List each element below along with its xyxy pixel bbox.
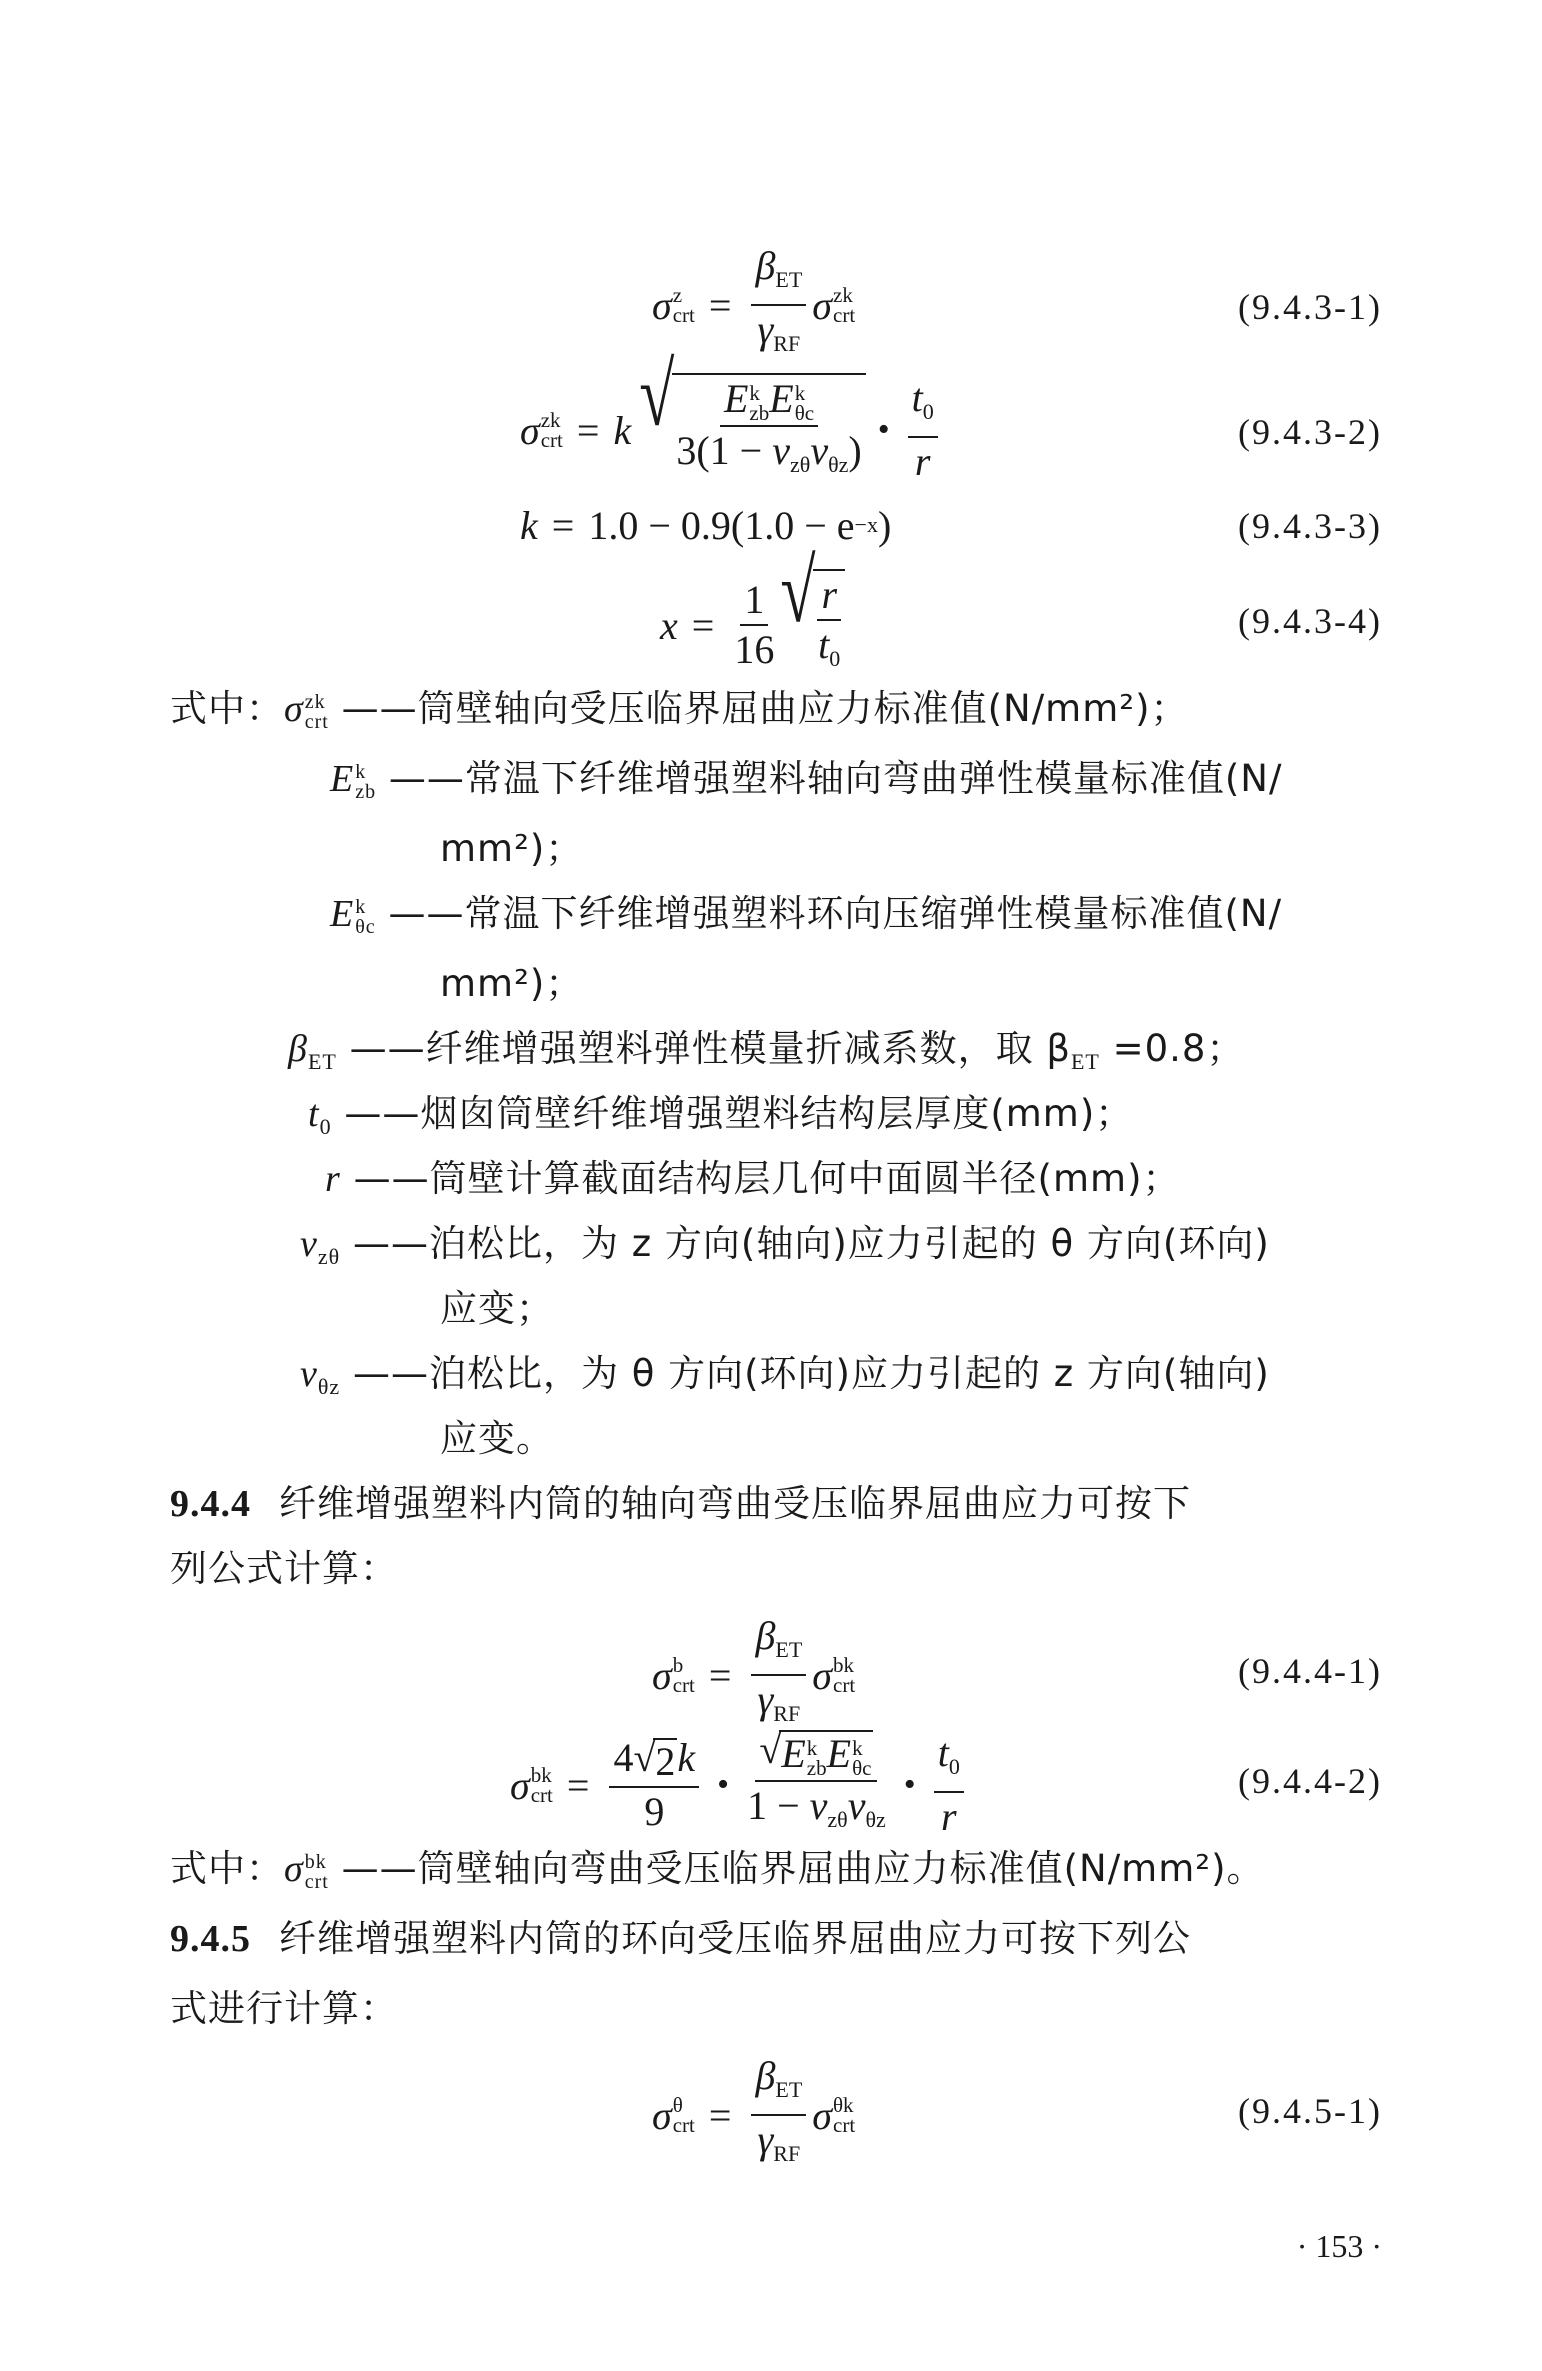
definition-text: ——筒壁轴向弯曲受压临界屈曲应力标准值(N/mm²)。 bbox=[342, 1847, 1265, 1890]
section-text: 纤维增强塑料内筒的环向受压临界屈曲应力可按下列公 bbox=[279, 1917, 1191, 1960]
equation-body: σbkcrt = 4√2k9 • √EkzbEkθc1 − νzθνθz • t… bbox=[510, 1730, 970, 1840]
section-9-4-5-line2: 式进行计算： bbox=[170, 1985, 398, 2033]
definition-ezb-cont: mm²)； bbox=[440, 825, 583, 873]
equation-body: σbcrt = βETγRF σbkcrt bbox=[652, 1620, 855, 1730]
definition-text: ——泊松比，为 θ 方向(环向)应力引起的 z 方向(轴向) bbox=[353, 1352, 1270, 1395]
equation-number: (9.4.4-2) bbox=[1238, 1760, 1382, 1802]
definition-beta-et: βET ——纤维增强塑料弹性模量折减系数，取 βET =0.8； bbox=[288, 1025, 1244, 1086]
equation-number: (9.4.3-4) bbox=[1238, 600, 1382, 642]
definition-tail: =0.8； bbox=[1100, 1027, 1245, 1070]
where-label: 式中： bbox=[170, 1847, 284, 1890]
definition-text: ——烟囱筒壁纤维增强塑料结构层厚度(mm)； bbox=[344, 1092, 1133, 1135]
section-number: 9.4.5 bbox=[170, 1918, 251, 1960]
section-9-4-4-line1: 9.4.4纤维增强塑料内筒的轴向弯曲受压临界屈曲应力可按下 bbox=[170, 1480, 1191, 1528]
equation-number: (9.4.3-1) bbox=[1238, 286, 1382, 328]
equation-number: (9.4.3-2) bbox=[1238, 411, 1382, 453]
definition-nu-ztheta: νzθ ——泊松比，为 z 方向(轴向)应力引起的 θ 方向(环向) bbox=[300, 1220, 1270, 1281]
equation-body: k=1.0 − 0.9(1.0 − e−x) bbox=[520, 495, 891, 555]
definition-etc-cont: mm²)； bbox=[440, 960, 583, 1008]
equation-body: σθcrt = βETγRF σθkcrt bbox=[652, 2060, 855, 2170]
page-number: · 153 · bbox=[1297, 2228, 1382, 2265]
section-9-4-5-line1: 9.4.5纤维增强塑料内筒的环向受压临界屈曲应力可按下列公 bbox=[170, 1915, 1191, 1963]
definition-sigma-zk: 式中：σzkcrt ——筒壁轴向受压临界屈曲应力标准值(N/mm²)； bbox=[170, 685, 1189, 733]
where-label: 式中： bbox=[170, 687, 284, 730]
equation-body: σzkcrt =k √ EkzbEkθc3(1 − νzθνθz) • t0r bbox=[520, 375, 944, 485]
definition-text: ——筒壁轴向受压临界屈曲应力标准值(N/mm²)； bbox=[342, 687, 1189, 730]
section-text: 纤维增强塑料内筒的轴向弯曲受压临界屈曲应力可按下 bbox=[279, 1482, 1191, 1525]
equation-body: x= 116 √rt0 bbox=[660, 570, 845, 680]
equation-number: (9.4.3-3) bbox=[1238, 505, 1382, 547]
definition-text: ——筒壁计算截面结构层几何中面圆半径(mm)； bbox=[354, 1157, 1181, 1200]
definition-text: ——泊松比，为 z 方向(轴向)应力引起的 θ 方向(环向) bbox=[353, 1222, 1270, 1265]
definition-nu-thetaz-cont: 应变。 bbox=[440, 1415, 554, 1463]
definition-text: ——纤维增强塑料弹性模量折减系数，取 β bbox=[350, 1027, 1071, 1070]
document-page: σzcrt = βETγRF σzkcrt (9.4.3-1) σzkcrt =… bbox=[0, 0, 1542, 2371]
definition-t0: t0 ——烟囱筒壁纤维增强塑料结构层厚度(mm)； bbox=[308, 1090, 1133, 1151]
definition-nu-thetaz: νθz ——泊松比，为 θ 方向(环向)应力引起的 z 方向(轴向) bbox=[300, 1350, 1270, 1411]
definition-text: ——常温下纤维增强塑料环向压缩弹性模量标准值(N/ bbox=[388, 892, 1282, 935]
equation-body: σzcrt = βETγRF σzkcrt bbox=[652, 250, 855, 360]
equation-number: (9.4.4-1) bbox=[1238, 1650, 1382, 1692]
equation-number: (9.4.5-1) bbox=[1238, 2090, 1382, 2132]
section-9-4-4-line2: 列公式计算： bbox=[170, 1545, 398, 1593]
definition-text: ——常温下纤维增强塑料轴向弯曲弹性模量标准值(N/ bbox=[389, 757, 1283, 800]
section-number: 9.4.4 bbox=[170, 1483, 251, 1525]
definition-r: r ——筒壁计算截面结构层几何中面圆半径(mm)； bbox=[325, 1155, 1181, 1203]
definition-ezb: Ekzb ——常温下纤维增强塑料轴向弯曲弹性模量标准值(N/ bbox=[330, 755, 1282, 803]
definition-etc: Ekθc ——常温下纤维增强塑料环向压缩弹性模量标准值(N/ bbox=[330, 890, 1282, 938]
definition-nu-ztheta-cont: 应变； bbox=[440, 1285, 554, 1333]
definition-sigma-bk: 式中：σbkcrt ——筒壁轴向弯曲受压临界屈曲应力标准值(N/mm²)。 bbox=[170, 1845, 1265, 1893]
